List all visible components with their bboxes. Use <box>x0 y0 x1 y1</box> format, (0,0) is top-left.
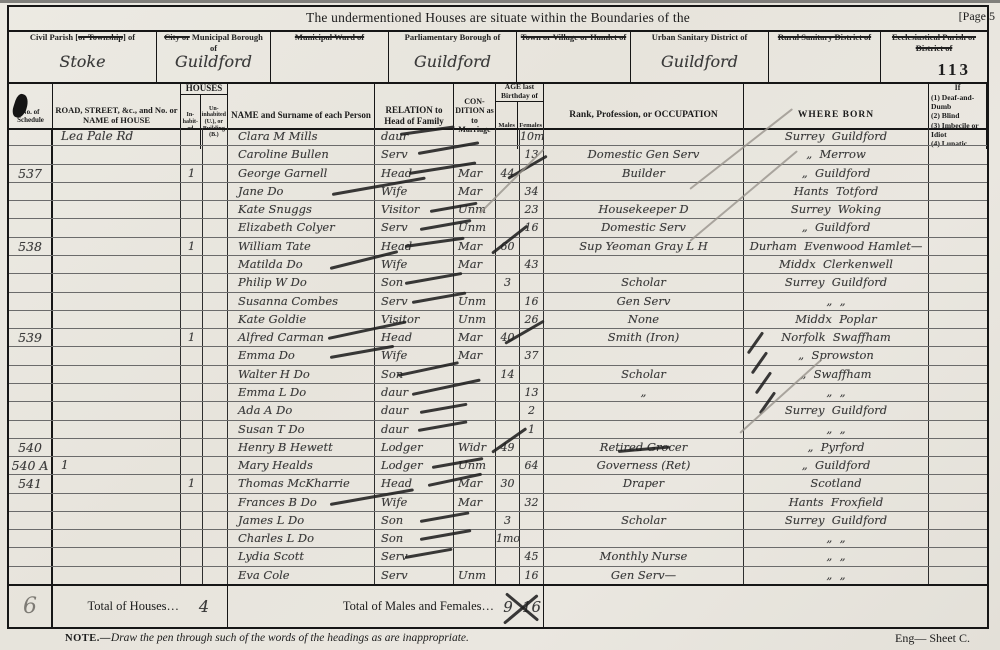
age-female: 64 <box>520 457 544 474</box>
where-born: „ Merrow <box>744 146 929 163</box>
road-name <box>53 530 181 547</box>
uninhabited-mark <box>203 421 228 438</box>
infirmity <box>929 475 987 492</box>
schedule-number <box>9 128 53 145</box>
inhabited-mark <box>181 201 203 218</box>
inhabited-mark <box>181 421 203 438</box>
where-born: „ „ <box>744 421 929 438</box>
header-field-value: Guildford <box>157 52 270 71</box>
where-born: „ „ <box>744 530 929 547</box>
header-field-value: Guildford <box>389 52 516 71</box>
header-field-label: City or Municipal Borough of <box>160 32 267 53</box>
schedule-number <box>9 347 53 364</box>
age-male <box>496 384 520 401</box>
inhabited-mark <box>181 548 203 565</box>
schedule-number <box>9 384 53 401</box>
infirmity <box>929 293 987 310</box>
form-frame: The undermentioned Houses are situate wi… <box>7 5 989 629</box>
age-male <box>496 457 520 474</box>
header-field: Rural Sanitary District of <box>769 30 881 82</box>
relation-to-head: Wife <box>375 256 454 273</box>
inhabited-mark <box>181 494 203 511</box>
table-row: Philip W Do Son 3 Scholar Surrey Guildfo… <box>9 274 987 292</box>
age-female: 2 <box>520 402 544 419</box>
infirmity <box>929 329 987 346</box>
schedule-number <box>9 421 53 438</box>
uninhabited-mark <box>203 347 228 364</box>
schedule-number: 540 <box>9 439 53 456</box>
relation-to-head: Lodger <box>375 439 454 456</box>
where-born: „ „ <box>744 548 929 565</box>
person-name: George Garnell <box>228 165 375 182</box>
schedule-number: 537 <box>9 165 53 182</box>
marriage-condition: Mar <box>454 329 496 346</box>
schedule-number <box>9 530 53 547</box>
occupation: Scholar <box>544 366 744 383</box>
occupation <box>544 402 744 419</box>
uninhabited-mark <box>203 494 228 511</box>
where-born: „ „ <box>744 293 929 310</box>
occupation <box>544 421 744 438</box>
col-age: AGE last Birthday of <box>496 82 543 102</box>
inhabited-mark <box>181 512 203 529</box>
infirmity <box>929 347 987 364</box>
where-born: „ Sprowston <box>744 347 929 364</box>
uninhabited-mark <box>203 165 228 182</box>
where-born: Middx Clerkenwell <box>744 256 929 273</box>
age-female <box>520 439 544 456</box>
occupation: Governess (Ret) <box>544 457 744 474</box>
infirmity <box>929 366 987 383</box>
road-name <box>53 165 181 182</box>
where-born: „ Pyrford <box>744 439 929 456</box>
registration-number-stamp: 113 <box>937 60 971 80</box>
table-row: 537 1 George Garnell Head Mar 44 Builder… <box>9 165 987 183</box>
inhabited-mark <box>181 530 203 547</box>
where-born: Surrey Guildford <box>744 128 929 145</box>
age-male <box>496 347 520 364</box>
infirmity <box>929 183 987 200</box>
uninhabited-mark <box>203 457 228 474</box>
age-female: 13 <box>520 384 544 401</box>
infirmity <box>929 311 987 328</box>
schedule-number <box>9 274 53 291</box>
totals-row: 6 Total of Houses… 4 Total of Males and … <box>9 584 987 627</box>
occupation <box>544 256 744 273</box>
header-field: Municipal Ward of <box>271 30 389 82</box>
header-field-label: Parliamentary Borough of <box>392 32 513 43</box>
inhabited-mark: 1 <box>181 238 203 255</box>
road-name <box>53 475 181 492</box>
where-born: Middx Poplar <box>744 311 929 328</box>
infirmity <box>929 274 987 291</box>
road-name <box>53 274 181 291</box>
where-born: Norfolk Swaffham <box>744 329 929 346</box>
schedule-number <box>9 183 53 200</box>
table-row: Lydia Scott Serv 45 Monthly Nurse „ „ <box>9 548 987 566</box>
age-male <box>496 494 520 511</box>
occupation: Smith (Iron) <box>544 329 744 346</box>
header-field-label: Civil Parish [or Township] of <box>12 32 153 43</box>
schedule-number <box>9 494 53 511</box>
age-female: 37 <box>520 347 544 364</box>
person-name: Frances B Do <box>228 494 375 511</box>
road-name <box>53 256 181 273</box>
person-name: Walter H Do <box>228 366 375 383</box>
infirmity <box>929 457 987 474</box>
table-row: Elizabeth Colyer Serv Unm 16 Domestic Se… <box>9 219 987 237</box>
table-row: Emma L Do daur 13 „ „ „ <box>9 384 987 402</box>
footnote-text: Draw the pen through such of the words o… <box>111 632 469 644</box>
inhabited-mark <box>181 311 203 328</box>
table-row: 541 1 Thomas McKharrie Head Mar 30 Drape… <box>9 475 987 493</box>
inhabited-mark: 1 <box>181 165 203 182</box>
occupation: Scholar <box>544 274 744 291</box>
header-field-label: Town or Village or Hamlet of <box>520 32 627 43</box>
table-row: Eva Cole Serv Unm 16 Gen Serv— „ „ <box>9 567 987 584</box>
age-male <box>496 201 520 218</box>
inhabited-mark: 1 <box>181 329 203 346</box>
total-houses-value: 4 <box>181 586 228 627</box>
uninhabited-mark <box>203 219 228 236</box>
col-houses: HOUSES <box>181 82 227 95</box>
header-fields: Civil Parish [or Township] of Stoke City… <box>9 30 987 84</box>
where-born: Surrey Guildford <box>744 274 929 291</box>
road-name <box>53 567 181 584</box>
table-row: Kate Goldie Visitor Unm 26 None Middx Po… <box>9 311 987 329</box>
age-female: 43 <box>520 256 544 273</box>
inhabited-mark <box>181 347 203 364</box>
inhabited-mark <box>181 439 203 456</box>
relation-to-head: Serv <box>375 219 454 236</box>
table-row: Charles L Do Son 1mo „ „ <box>9 530 987 548</box>
road-name <box>53 439 181 456</box>
marriage-condition: Unm <box>454 311 496 328</box>
road-name <box>53 347 181 364</box>
where-born: Surrey Guildford <box>744 512 929 529</box>
header-field-value: Stoke <box>9 52 156 71</box>
schedule-number <box>9 219 53 236</box>
inhabited-mark <box>181 256 203 273</box>
age-male: 3 <box>496 274 520 291</box>
age-male: 3 <box>496 512 520 529</box>
total-houses-label: Total of Houses… <box>53 599 181 614</box>
table-row: Susan T Do daur 1 „ „ <box>9 421 987 439</box>
marriage-condition <box>454 384 496 401</box>
occupation <box>544 347 744 364</box>
table-row: Lea Pale Rd Clara M Mills daur 10m Surre… <box>9 128 987 146</box>
inhabited-mark <box>181 384 203 401</box>
infirmity <box>929 201 987 218</box>
col-infirm-2: (2) Blind <box>931 111 984 120</box>
person-name: William Tate <box>228 238 375 255</box>
road-name <box>53 219 181 236</box>
uninhabited-mark <box>203 548 228 565</box>
age-male <box>496 128 520 145</box>
uninhabited-mark <box>203 293 228 310</box>
occupation: Gen Serv <box>544 293 744 310</box>
road-name: Lea Pale Rd <box>53 128 181 145</box>
uninhabited-mark <box>203 329 228 346</box>
inhabited-mark <box>181 219 203 236</box>
occupation: Builder <box>544 165 744 182</box>
marriage-condition <box>454 274 496 291</box>
where-born: Hants Froxfield <box>744 494 929 511</box>
schedule-number: 540 A <box>9 457 53 474</box>
where-born: „ Swaffham <box>744 366 929 383</box>
uninhabited-mark <box>203 274 228 291</box>
relation-to-head: Wife <box>375 347 454 364</box>
infirmity <box>929 494 987 511</box>
age-male: 14 <box>496 366 520 383</box>
age-female: 45 <box>520 548 544 565</box>
person-name: Kate Goldie <box>228 311 375 328</box>
where-born: „ „ <box>744 567 929 584</box>
total-males-females-label: Total of Males and Females… <box>228 599 496 614</box>
schedule-number <box>9 548 53 565</box>
uninhabited-mark <box>203 146 228 163</box>
age-female: 10m <box>520 128 544 145</box>
road-name <box>53 421 181 438</box>
infirmity <box>929 402 987 419</box>
occupation <box>544 530 744 547</box>
infirmity <box>929 238 987 255</box>
uninhabited-mark <box>203 183 228 200</box>
uninhabited-mark <box>203 402 228 419</box>
road-name <box>53 201 181 218</box>
marriage-condition: Mar <box>454 165 496 182</box>
occupation: Domestic Gen Serv <box>544 146 744 163</box>
col-infirm-1: (1) Deaf-and-Dumb <box>931 93 984 112</box>
relation-to-head: Son <box>375 530 454 547</box>
inhabited-mark: 1 <box>181 475 203 492</box>
uninhabited-mark <box>203 311 228 328</box>
age-female: 32 <box>520 494 544 511</box>
schedule-number <box>9 512 53 529</box>
person-name: Henry B Hewett <box>228 439 375 456</box>
schedule-number: 538 <box>9 238 53 255</box>
uninhabited-mark <box>203 366 228 383</box>
infirmity <box>929 384 987 401</box>
relation-to-head: Serv <box>375 567 454 584</box>
header-field-label: Urban Sanitary District of <box>634 32 765 43</box>
age-female: 16 <box>520 567 544 584</box>
table-row: Susanna Combes Serv Unm 16 Gen Serv „ „ <box>9 293 987 311</box>
uninhabited-mark <box>203 238 228 255</box>
occupation: „ <box>544 384 744 401</box>
person-name: Matilda Do <box>228 256 375 273</box>
road-name <box>53 512 181 529</box>
column-headers: No. of Schedule ROAD, STREET, &c., and N… <box>9 82 987 130</box>
road-name <box>53 146 181 163</box>
table-row: Frances B Do Wife Mar 32 Hants Froxfield <box>9 494 987 512</box>
uninhabited-mark <box>203 439 228 456</box>
relation-to-head: daur <box>375 402 454 419</box>
occupation: Draper <box>544 475 744 492</box>
uninhabited-mark <box>203 256 228 273</box>
age-female: 16 <box>520 293 544 310</box>
occupation <box>544 128 744 145</box>
inhabited-mark <box>181 128 203 145</box>
table-row: Emma Do Wife Mar 37 „ Sprowston <box>9 347 987 365</box>
table-row: 539 1 Alfred Carman Head Mar 40 Smith (I… <box>9 329 987 347</box>
uninhabited-mark <box>203 512 228 529</box>
occupation: None <box>544 311 744 328</box>
person-name: Susan T Do <box>228 421 375 438</box>
table-row: Caroline Bullen Serv 13 Domestic Gen Ser… <box>9 146 987 164</box>
person-name: Lydia Scott <box>228 548 375 565</box>
road-name <box>53 366 181 383</box>
age-female <box>520 274 544 291</box>
inhabited-mark <box>181 402 203 419</box>
person-name: Kate Snuggs <box>228 201 375 218</box>
occupation <box>544 494 744 511</box>
age-female <box>520 475 544 492</box>
marriage-condition: Mar <box>454 494 496 511</box>
infirmity <box>929 530 987 547</box>
uninhabited-mark <box>203 567 228 584</box>
where-born: Scotland <box>744 475 929 492</box>
age-male <box>496 567 520 584</box>
age-female <box>520 512 544 529</box>
occupation: Gen Serv— <box>544 567 744 584</box>
census-page: [Page 5 The undermentioned Houses are si… <box>0 0 1000 650</box>
schedule-number <box>9 146 53 163</box>
relation-to-head: Head <box>375 329 454 346</box>
header-field-value: Guildford <box>631 52 768 71</box>
header-field-label: Ecclesiastical Parish or District of <box>884 32 984 53</box>
person-name: Mary Healds <box>228 457 375 474</box>
header-field: Parliamentary Borough of Guildford <box>389 30 517 82</box>
infirmity <box>929 219 987 236</box>
relation-to-head: Wife <box>375 494 454 511</box>
uninhabited-mark <box>203 384 228 401</box>
infirmity <box>929 548 987 565</box>
table-row: Walter H Do Son 14 Scholar „ Swaffham <box>9 366 987 384</box>
uninhabited-mark <box>203 128 228 145</box>
schedule-number <box>9 201 53 218</box>
where-born: Durham Evenwood Hamlet— <box>744 238 929 255</box>
schedule-pencil-mark: 6 <box>9 586 53 627</box>
infirmity <box>929 567 987 584</box>
person-name: Eva Cole <box>228 567 375 584</box>
occupation: Sup Yeoman Gray L H <box>544 238 744 255</box>
footnote: NOTE.—Draw the pen through such of the w… <box>65 632 469 644</box>
marriage-condition: Mar <box>454 347 496 364</box>
person-name: Susanna Combes <box>228 293 375 310</box>
person-name: Emma L Do <box>228 384 375 401</box>
uninhabited-mark <box>203 530 228 547</box>
table-row: James L Do Son 3 Scholar Surrey Guildfor… <box>9 512 987 530</box>
road-name: 1 <box>53 457 181 474</box>
marriage-condition <box>454 548 496 565</box>
inhabited-mark <box>181 457 203 474</box>
occupation <box>544 183 744 200</box>
age-male: 30 <box>496 475 520 492</box>
header-field-label: Municipal Ward of <box>274 32 385 43</box>
header-field: City or Municipal Borough of Guildford <box>157 30 271 82</box>
header-field-label: Rural Sanitary District of <box>772 32 877 43</box>
inhabited-mark <box>181 183 203 200</box>
schedule-number <box>9 366 53 383</box>
person-name: Elizabeth Colyer <box>228 219 375 236</box>
schedule-number <box>9 293 53 310</box>
person-name: James L Do <box>228 512 375 529</box>
inhabited-mark <box>181 293 203 310</box>
person-name: Clara M Mills <box>228 128 375 145</box>
schedule-number <box>9 256 53 273</box>
schedule-number <box>9 311 53 328</box>
infirmity <box>929 128 987 145</box>
marriage-condition: Mar <box>454 183 496 200</box>
where-born: Surrey Woking <box>744 201 929 218</box>
table-row: Kate Snuggs Visitor Unm 23 Housekeeper D… <box>9 201 987 219</box>
table-row: Matilda Do Wife Mar 43 Middx Clerkenwell <box>9 256 987 274</box>
schedule-number <box>9 567 53 584</box>
relation-to-head: daur <box>375 421 454 438</box>
form-title: The undermentioned Houses are situate wi… <box>9 7 987 32</box>
infirmity <box>929 421 987 438</box>
col-infirm-title: If <box>931 83 984 93</box>
schedule-number: 539 <box>9 329 53 346</box>
infirmity <box>929 146 987 163</box>
where-born: „ Guildford <box>744 219 929 236</box>
header-field: Civil Parish [or Township] of Stoke <box>9 30 157 82</box>
schedule-number: 541 <box>9 475 53 492</box>
age-male <box>496 311 520 328</box>
marriage-condition: Widr <box>454 439 496 456</box>
age-male <box>496 548 520 565</box>
marriage-condition: Mar <box>454 256 496 273</box>
road-name <box>53 311 181 328</box>
occupation: Monthly Nurse <box>544 548 744 565</box>
road-name <box>53 183 181 200</box>
person-name: Ada A Do <box>228 402 375 419</box>
footnote-label: NOTE.— <box>65 633 111 644</box>
road-name <box>53 548 181 565</box>
age-male <box>496 293 520 310</box>
header-field: Ecclesiastical Parish or District of <box>881 30 987 82</box>
header-field: Town or Village or Hamlet of <box>517 30 631 82</box>
occupation: Scholar <box>544 512 744 529</box>
inhabited-mark <box>181 366 203 383</box>
person-name: Emma Do <box>228 347 375 364</box>
infirmity <box>929 512 987 529</box>
marriage-condition: Mar <box>454 238 496 255</box>
schedule-number <box>9 402 53 419</box>
road-name <box>53 402 181 419</box>
road-name <box>53 329 181 346</box>
road-name <box>53 293 181 310</box>
sheet-reference: Eng— Sheet C. <box>895 631 970 646</box>
person-name: Thomas McKharrie <box>228 475 375 492</box>
person-name: Caroline Bullen <box>228 146 375 163</box>
table-row: Ada A Do daur 2 Surrey Guildford <box>9 402 987 420</box>
header-field: Urban Sanitary District of Guildford <box>631 30 769 82</box>
age-male <box>496 402 520 419</box>
table-row: 540 A 1 Mary Healds Lodger Unm 64 Govern… <box>9 457 987 475</box>
occupation: Housekeeper D <box>544 201 744 218</box>
age-male: 1mo <box>496 530 520 547</box>
age-female <box>520 530 544 547</box>
infirmity <box>929 439 987 456</box>
uninhabited-mark <box>203 201 228 218</box>
uninhabited-mark <box>203 475 228 492</box>
person-name: Charles L Do <box>228 530 375 547</box>
marriage-condition: Unm <box>454 567 496 584</box>
road-name <box>53 238 181 255</box>
where-born: „ Guildford <box>744 457 929 474</box>
